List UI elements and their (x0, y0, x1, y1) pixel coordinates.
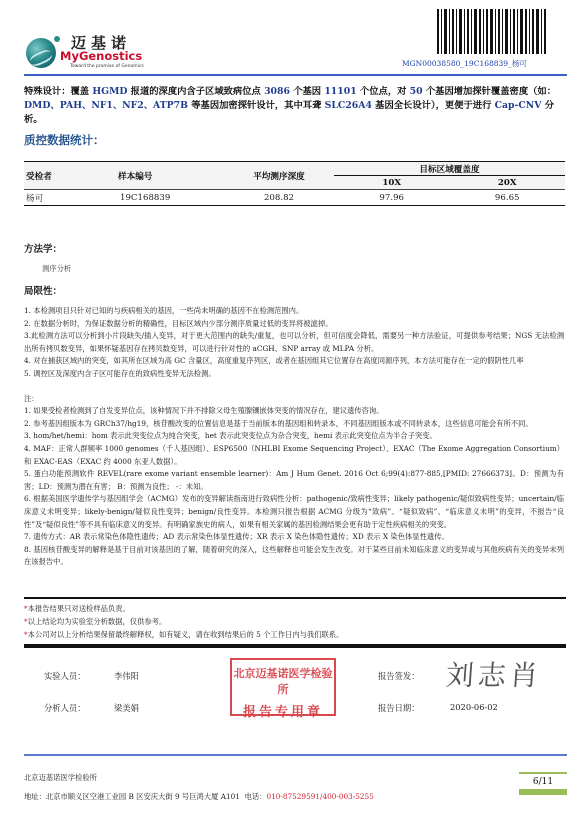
limitation-item: 2. 在数据分析时，为保证数据分析的精确性，目标区域内少部分测序质量过低的变异将… (24, 318, 564, 331)
col-header-coverage-group: 目标区域覆盖度 (334, 162, 565, 176)
date-label: 报告日期： (378, 702, 420, 714)
cell-cov10: 97.96 (334, 190, 449, 206)
text-segment: 基因全长设计），更便于进行 (372, 100, 495, 111)
note-item: 2. 参考基因组版本为 GRCh37/hg19，核苷酸改变的位置信息是基于当前版… (24, 418, 564, 431)
company-logo: 迈基诺 MyGenostics Toward the promise of Ge… (26, 32, 186, 68)
footer-divider (24, 754, 567, 756)
limitations-title: 局限性： (24, 283, 62, 297)
limitation-item: 4. 对在捕获区域内的突变，如其所在区域为高 GC 含量区，高度重复序列区，或者… (24, 355, 564, 368)
note-item: 6. 根据美国医学遗传学与基因组学会（ACMG）发布的变异解读指南进行致病性分析… (24, 493, 564, 531)
methodology-body: 测序分析 (42, 264, 71, 274)
phone-label: 电话： (245, 792, 267, 801)
disclaimer-text: 本公司对以上分析结果保留最终解释权，如有疑义，请在收到结果后的 5 个工作日内与… (28, 630, 344, 639)
methodology-title: 方法学： (24, 241, 62, 255)
cell-mean-depth: 208.82 (224, 190, 334, 206)
stamp-purpose: 报告专用章 (232, 701, 334, 720)
cell-subject: 杨可 (24, 190, 114, 206)
col-header-20x: 20X (449, 176, 565, 190)
disclaimer-box: *本报告结果只对送检样品负责。 *以上结论均为实验室分析数据，仅供参考。 *本公… (24, 597, 566, 648)
note-item: 1. 如果受检者检测到了自发变异位点，该种情况下并不排除父母生殖腺镶嵌体突变的情… (24, 405, 564, 418)
col-header-sample-id: 样本编号 (114, 162, 224, 190)
qc-table: 受检者 样本编号 平均测序深度 目标区域覆盖度 10X 20X 杨可 19C16… (24, 161, 565, 206)
note-item: 8. 基因核苷酸变异的解释是基于目前对该基因的了解，随着研究的深入，这些解释也可… (24, 544, 564, 569)
footer-address: 地址：北京市顺义区空港工业园 B 区安庆大街 9 号巨鸿大厦 A101 电话：0… (24, 792, 374, 802)
cell-sample-id: 19C168839 (114, 190, 224, 206)
sample-id-header-text: 样本编号 (118, 172, 152, 182)
note-item: 3. hom/het/hemi：hom 表示此突变位点为纯合突变，het 表示此… (24, 430, 564, 443)
disclaimer-text: 以上结论均为实验室分析数据，仅供参考。 (28, 617, 167, 626)
text-segment: 报道的深度内含子区域致病位点 (127, 86, 264, 97)
text-segment: 等基因加密探针设计，其中耳聋 (188, 100, 325, 111)
logo-english-name: MyGenostics (60, 49, 142, 63)
col-header-subject: 受检者 (24, 162, 114, 190)
page-bar-decoration (519, 772, 567, 774)
text-segment: 个基因 (290, 86, 324, 97)
page-indicator: 6/11 (519, 772, 567, 796)
barcode-text: MGN00038580_19C168839_杨可 (402, 58, 527, 69)
dna-globe-icon (26, 38, 56, 68)
page-number: 6/11 (519, 777, 567, 787)
highlight-term: HGMD (92, 86, 127, 97)
limitation-item: 5. 调控区及深度内含子区可能存在的致病性变异无法检测。 (24, 368, 564, 381)
logo-tagline: Toward the promise of Genomics (70, 64, 144, 69)
barcode-icon (437, 9, 549, 54)
highlight-number: 50 (410, 86, 423, 97)
note-item: 4. MAF：正常人群频率 1000 genomes（千人基因组）、ESP650… (24, 443, 564, 468)
official-stamp: 北京迈基诺医学检验所 报告专用章 (230, 658, 336, 716)
highlight-term: Cap-CNV (495, 100, 542, 111)
note-item: 7. 遗传方式：AR 表示常染色体隐性遗传；AD 表示常染色体显性遗传；XR 表… (24, 531, 564, 544)
header-divider (24, 74, 567, 76)
special-design-paragraph: 特殊设计：覆盖 HGMD 报道的深度内含子区域致病位点 3086 个基因 111… (24, 85, 569, 127)
analyst-label: 分析人员： (44, 702, 86, 714)
disclaimer-item: *以上结论均为实验室分析数据，仅供参考。 (24, 616, 566, 629)
stamp-org: 北京迈基诺医学检验所 (232, 665, 334, 697)
address-text: 北京市顺义区空港工业园 B 区安庆大街 9 号巨鸿大厦 A101 (46, 792, 240, 801)
highlight-number: 11101 (324, 86, 356, 97)
col-header-10x: 10X (334, 176, 449, 190)
limitation-item: 3.此检测方法可以分析到小片段缺失/插入变异，对于更大范围内的缺失/重复，也可以… (24, 330, 564, 355)
text-segment: 个位点，对 (357, 86, 410, 97)
highlight-gene: SLC26A4 (325, 100, 372, 111)
address-label: 地址： (24, 792, 46, 801)
cell-cov20: 96.65 (449, 190, 565, 206)
note-item: 5. 蛋白功能预测软件 REVEL(rare exome variant ens… (24, 468, 564, 493)
analyst-name: 梁美娟 (114, 702, 139, 714)
limitation-item: 1. 本检测项目只针对已知的与疾病相关的基因，一些尚未明确的基因不在检测范围内。 (24, 305, 564, 318)
issuer-signature: 刘志肖 (445, 654, 544, 694)
table-row: 杨可 19C168839 208.82 97.96 96.65 (24, 190, 565, 206)
highlight-genes: DMD、PAH、NF1、NF2、ATP7B (24, 100, 188, 111)
special-design-label: 特殊设计： (24, 86, 71, 97)
disclaimer-text: 本报告结果只对送检样品负责。 (28, 604, 130, 613)
highlight-number: 3086 (264, 86, 290, 97)
phone-number: 010-87529591/400-003-5255 (266, 792, 373, 801)
disclaimer-item: *本公司对以上分析结果保留最终解释权，如有疑义，请在收到结果后的 5 个工作日内… (24, 629, 566, 642)
lab-staff-name: 李伟阳 (114, 670, 139, 682)
limitations-list: 1. 本检测项目只针对已知的与疾病相关的基因，一些尚未明确的基因不在检测范围内。… (24, 305, 564, 569)
notes-title: 注： (24, 393, 564, 406)
qc-section-title: 质控数据统计： (24, 132, 105, 148)
page-bar-decoration (519, 789, 567, 795)
text-segment: 覆盖 (71, 86, 93, 97)
issuer-label: 报告签发： (378, 670, 420, 682)
footer-org: 北京迈基诺医学检验所 (24, 773, 97, 783)
col-header-mean-depth: 平均测序深度 (224, 162, 334, 190)
lab-staff-label: 实验人员： (44, 670, 86, 682)
report-date: 2020-06-02 (450, 702, 498, 712)
text-segment: 个基因增加探针覆盖密度（如： (423, 86, 556, 97)
disclaimer-item: *本报告结果只对送检样品负责。 (24, 603, 566, 616)
